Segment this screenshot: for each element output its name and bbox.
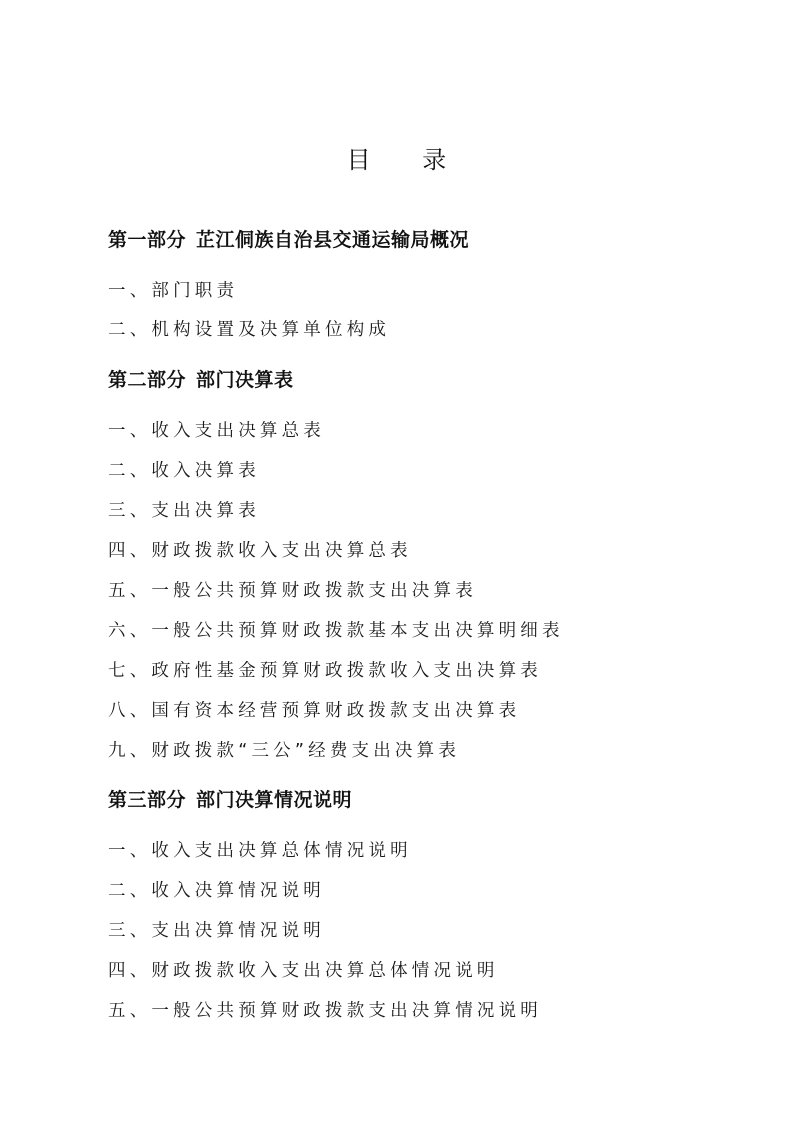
toc-item[interactable]: 一、收入支出决算总体情况说明	[108, 838, 412, 864]
part-label: 第三部分	[108, 789, 186, 811]
toc-item[interactable]: 六、一般公共预算财政拨款基本支出决算明细表	[108, 618, 564, 644]
toc-item[interactable]: 三、支出决算表	[108, 498, 260, 524]
part-label: 第二部分	[108, 369, 186, 391]
toc-item[interactable]: 八、国有资本经营预算财政拨款支出决算表	[108, 698, 520, 724]
toc-part-1-heading[interactable]: 第一部分芷江侗族自治县交通运输局概况	[108, 226, 469, 254]
part-title: 部门决算情况说明	[196, 789, 352, 811]
toc-item[interactable]: 二、收入决算表	[108, 458, 260, 484]
toc-item[interactable]: 一、部门职责	[108, 278, 238, 304]
toc-item[interactable]: 九、财政拨款“三公”经费支出决算表	[108, 738, 460, 764]
toc-item[interactable]: 四、财政拨款收入支出决算总体情况说明	[108, 958, 499, 984]
toc-item[interactable]: 五、一般公共预算财政拨款支出决算表	[108, 578, 477, 604]
toc-item[interactable]: 五、一般公共预算财政拨款支出决算情况说明	[108, 998, 542, 1024]
part-title: 部门决算表	[196, 369, 294, 391]
toc-part-3-heading[interactable]: 第三部分部门决算情况说明	[108, 786, 352, 814]
toc-item[interactable]: 二、收入决算情况说明	[108, 878, 325, 904]
toc-item[interactable]: 二、机构设置及决算单位构成	[108, 317, 390, 343]
toc-item[interactable]: 七、政府性基金预算财政拨款收入支出决算表	[108, 658, 542, 684]
toc-part-2-heading[interactable]: 第二部分部门决算表	[108, 366, 294, 394]
part-label: 第一部分	[108, 229, 186, 251]
toc-item[interactable]: 三、支出决算情况说明	[108, 918, 325, 944]
toc-item[interactable]: 四、财政拨款收入支出决算总表	[108, 538, 412, 564]
part-title: 芷江侗族自治县交通运输局概况	[196, 229, 469, 251]
toc-item[interactable]: 一、收入支出决算总表	[108, 418, 325, 444]
page-title: 目 录	[0, 142, 793, 178]
